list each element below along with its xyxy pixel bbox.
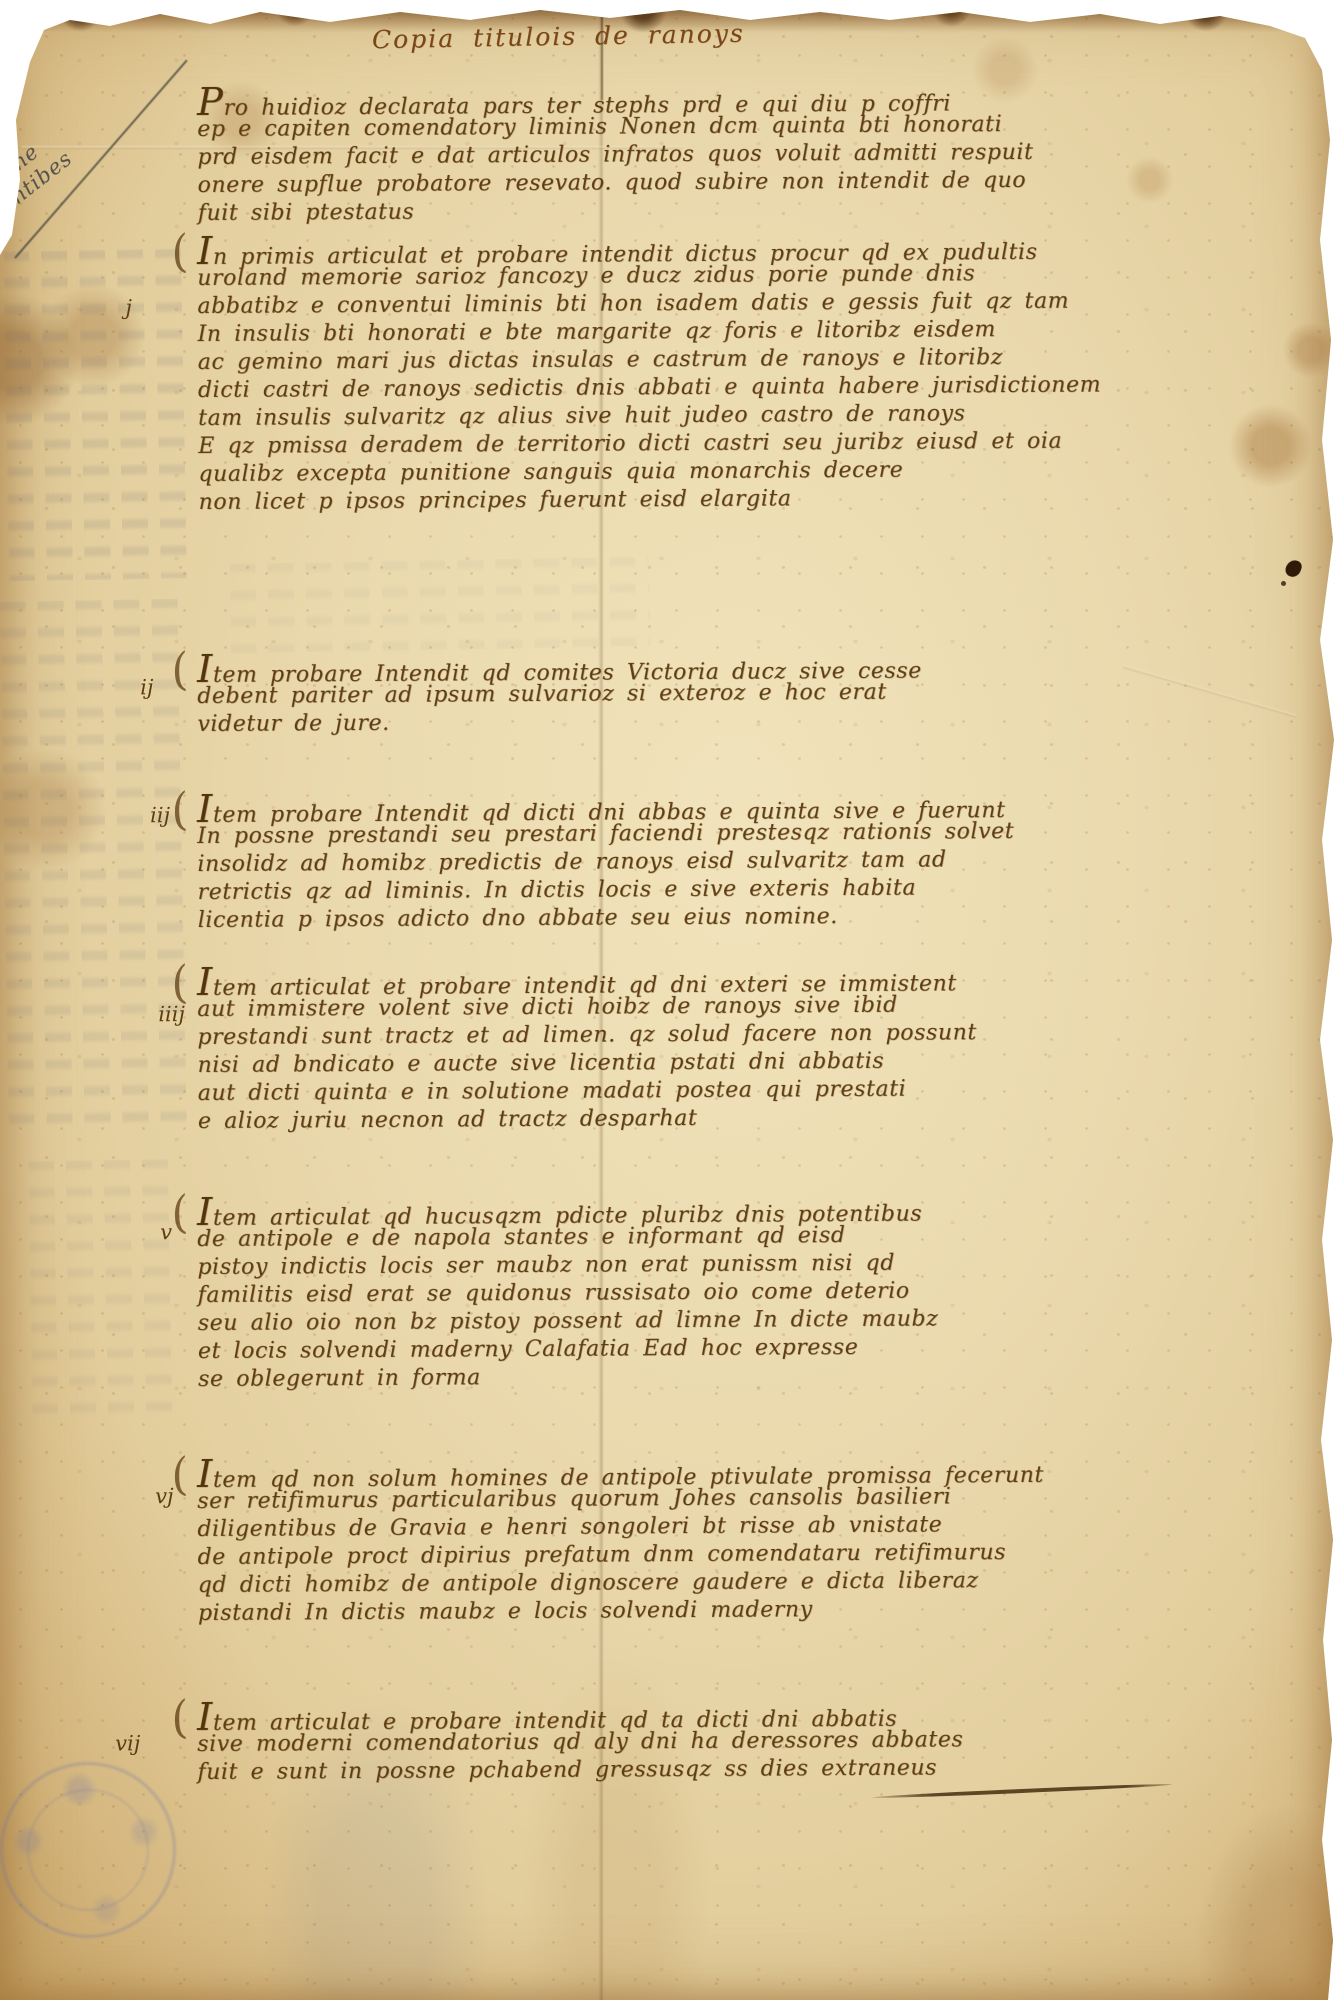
paragraph-numeral: v — [160, 1220, 172, 1244]
manuscript-line: videtur de jure. — [197, 705, 1207, 739]
paragraph-numeral: j — [125, 295, 132, 319]
manuscript-text-block: Pro huidioz declarata pars ter stephs pr… — [197, 88, 1207, 1787]
paragraph: iijItem probare Intendit qd dicti dni ab… — [197, 789, 1208, 935]
paragraph-numeral: iiij — [158, 1002, 185, 1026]
manuscript-photo: ..aine ..ntibes Copia titulois de ranoys… — [0, 0, 1340, 2000]
paragraph: vijItem articulat e probare intendit qd … — [197, 1697, 1207, 1787]
paragraph: ijItem probare Intendit qd comites Victo… — [197, 649, 1207, 739]
paragraph-numeral: vj — [155, 1484, 174, 1508]
paragraph: jIn primis articulat et probare intendit… — [197, 231, 1209, 517]
verso-bleedthrough — [3, 248, 189, 581]
paragraph: Pro huidioz declarata pars ter stephs pr… — [197, 82, 1208, 228]
paragraph: iiijItem articulat et probare intendit q… — [197, 962, 1208, 1136]
ink-blot-dot — [1281, 581, 1286, 586]
manuscript-line: se oblegerunt in forma — [198, 1360, 1208, 1394]
manuscript-line: fuit sibi ptestatus — [198, 194, 1208, 228]
parchment-page: ..aine ..ntibes Copia titulois de ranoys… — [0, 0, 1340, 2000]
manuscript-line: e alioz juriu necnon ad tractz desparhat — [198, 1102, 1208, 1136]
manuscript-line: fuit e sunt in possne pchabend gressusqz… — [197, 1753, 1207, 1787]
paragraph: vjItem qd non solum homines de antipole … — [197, 1454, 1208, 1628]
paragraph-numeral: ij — [140, 675, 153, 699]
verso-bleedthrough — [0, 598, 199, 1141]
manuscript-line: pistandi In dictis maubz e locis solvend… — [198, 1594, 1208, 1628]
manuscript-line: non licet p ipsos principes fuerunt eisd… — [199, 483, 1209, 517]
verso-bleedthrough — [28, 1159, 183, 1422]
paragraph-numeral: vij — [115, 1731, 140, 1755]
paragraph: vItem articulat qd hucusqzm pdicte pluri… — [197, 1192, 1208, 1394]
paragraph-numeral: iij — [150, 803, 170, 827]
manuscript-line: licentia p ipsos adicto dno abbate seu e… — [198, 901, 1208, 935]
